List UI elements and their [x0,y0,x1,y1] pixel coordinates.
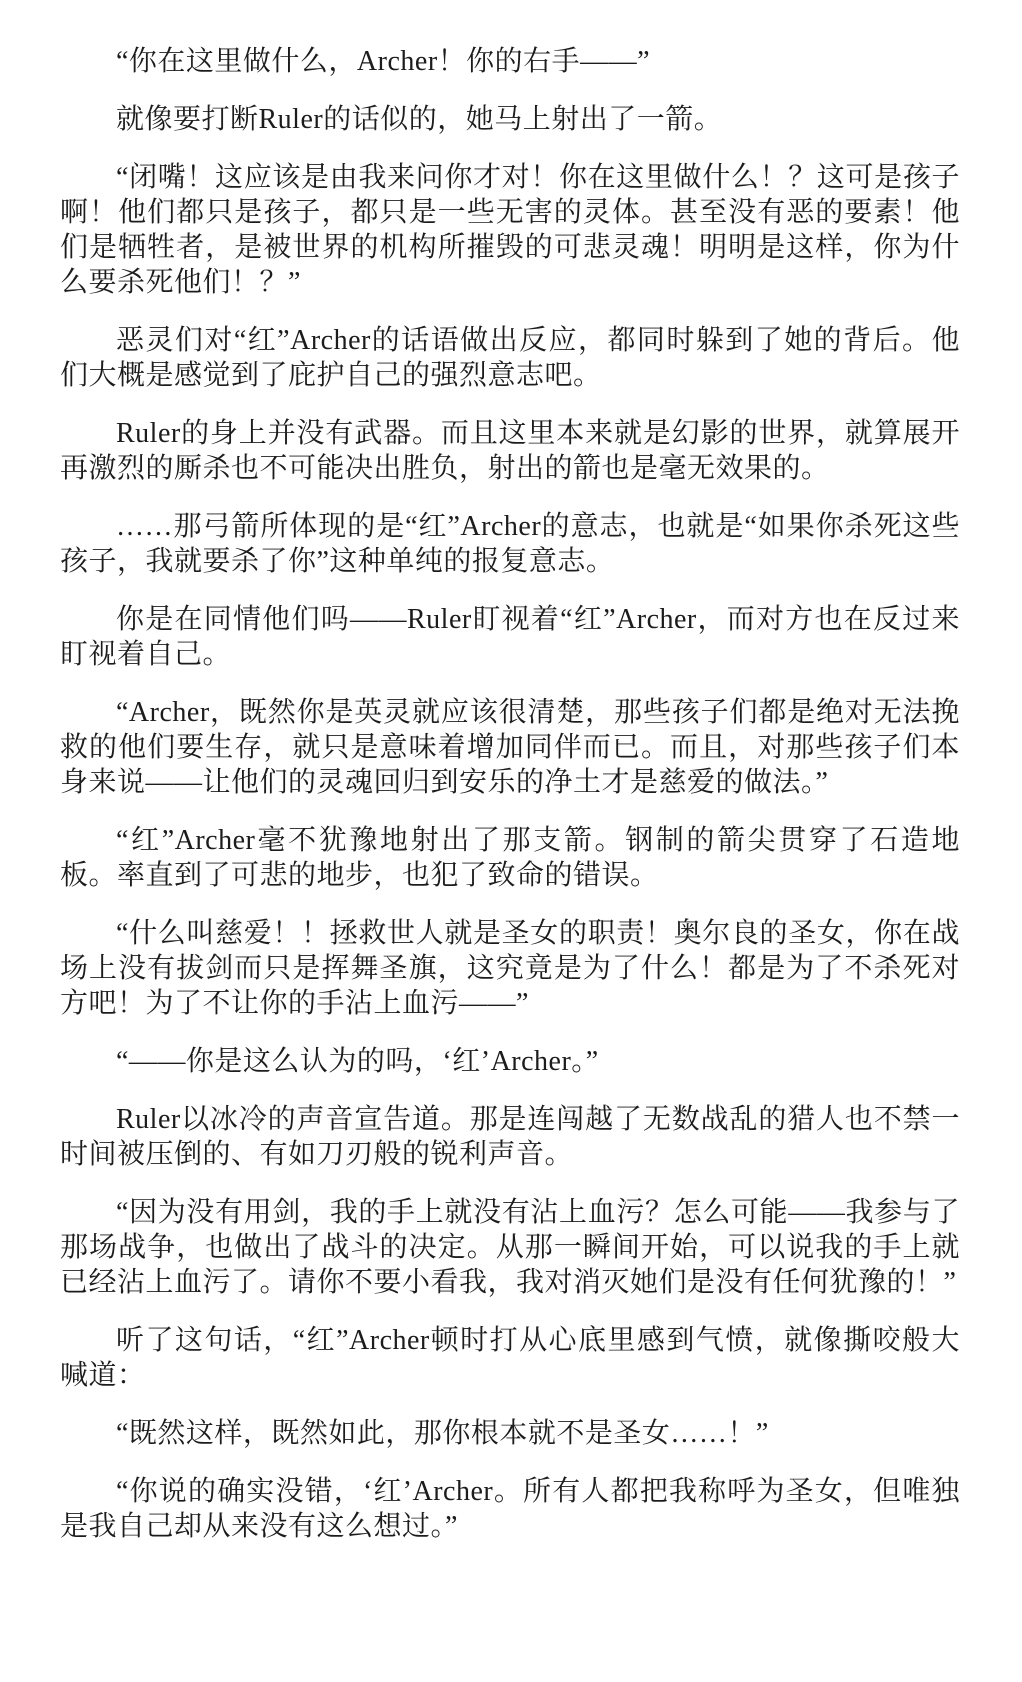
paragraph: “你在这里做什么，Archer！你的右手——” [60,44,960,79]
novel-page: “你在这里做什么，Archer！你的右手——” 就像要打断Ruler的话似的，她… [0,0,1022,1682]
paragraph: 就像要打断Ruler的话似的，她马上射出了一箭。 [60,102,960,137]
paragraph: “既然这样，既然如此，那你根本就不是圣女……！” [60,1416,960,1451]
paragraph: “什么叫慈爱！！拯救世人就是圣女的职责！奥尔良的圣女，你在战场上没有拔剑而只是挥… [60,916,960,1021]
paragraph: Ruler以冰冷的声音宣告道。那是连闯越了无数战乱的猎人也不禁一时间被压倒的、有… [60,1102,960,1172]
paragraph: “Archer，既然你是英灵就应该很清楚，那些孩子们都是绝对无法挽救的他们要生存… [60,695,960,800]
paragraph: 恶灵们对“红”Archer的话语做出反应，都同时躲到了她的背后。他们大概是感觉到… [60,323,960,393]
paragraph: “红”Archer毫不犹豫地射出了那支箭。钢制的箭尖贯穿了石造地板。率直到了可悲… [60,823,960,893]
paragraph: “你说的确实没错，‘红’Archer。所有人都把我称呼为圣女，但唯独是我自己却从… [60,1474,960,1544]
paragraph: “因为没有用剑，我的手上就没有沾上血污？怎么可能——我参与了那场战争，也做出了战… [60,1195,960,1300]
paragraph: 听了这句话，“红”Archer顿时打从心底里感到气愤，就像撕咬般大喊道： [60,1323,960,1393]
paragraph: 你是在同情他们吗——Ruler盯视着“红”Archer，而对方也在反过来盯视着自… [60,602,960,672]
paragraph: Ruler的身上并没有武器。而且这里本来就是幻影的世界，就算展开再激烈的厮杀也不… [60,416,960,486]
novel-text-body: “你在这里做什么，Archer！你的右手——” 就像要打断Ruler的话似的，她… [60,44,960,1544]
paragraph: “闭嘴！这应该是由我来问你才对！你在这里做什么！？这可是孩子啊！他们都只是孩子，… [60,160,960,300]
paragraph: “——你是这么认为的吗，‘红’Archer。” [60,1044,960,1079]
paragraph: ……那弓箭所体现的是“红”Archer的意志，也就是“如果你杀死这些孩子，我就要… [60,509,960,579]
